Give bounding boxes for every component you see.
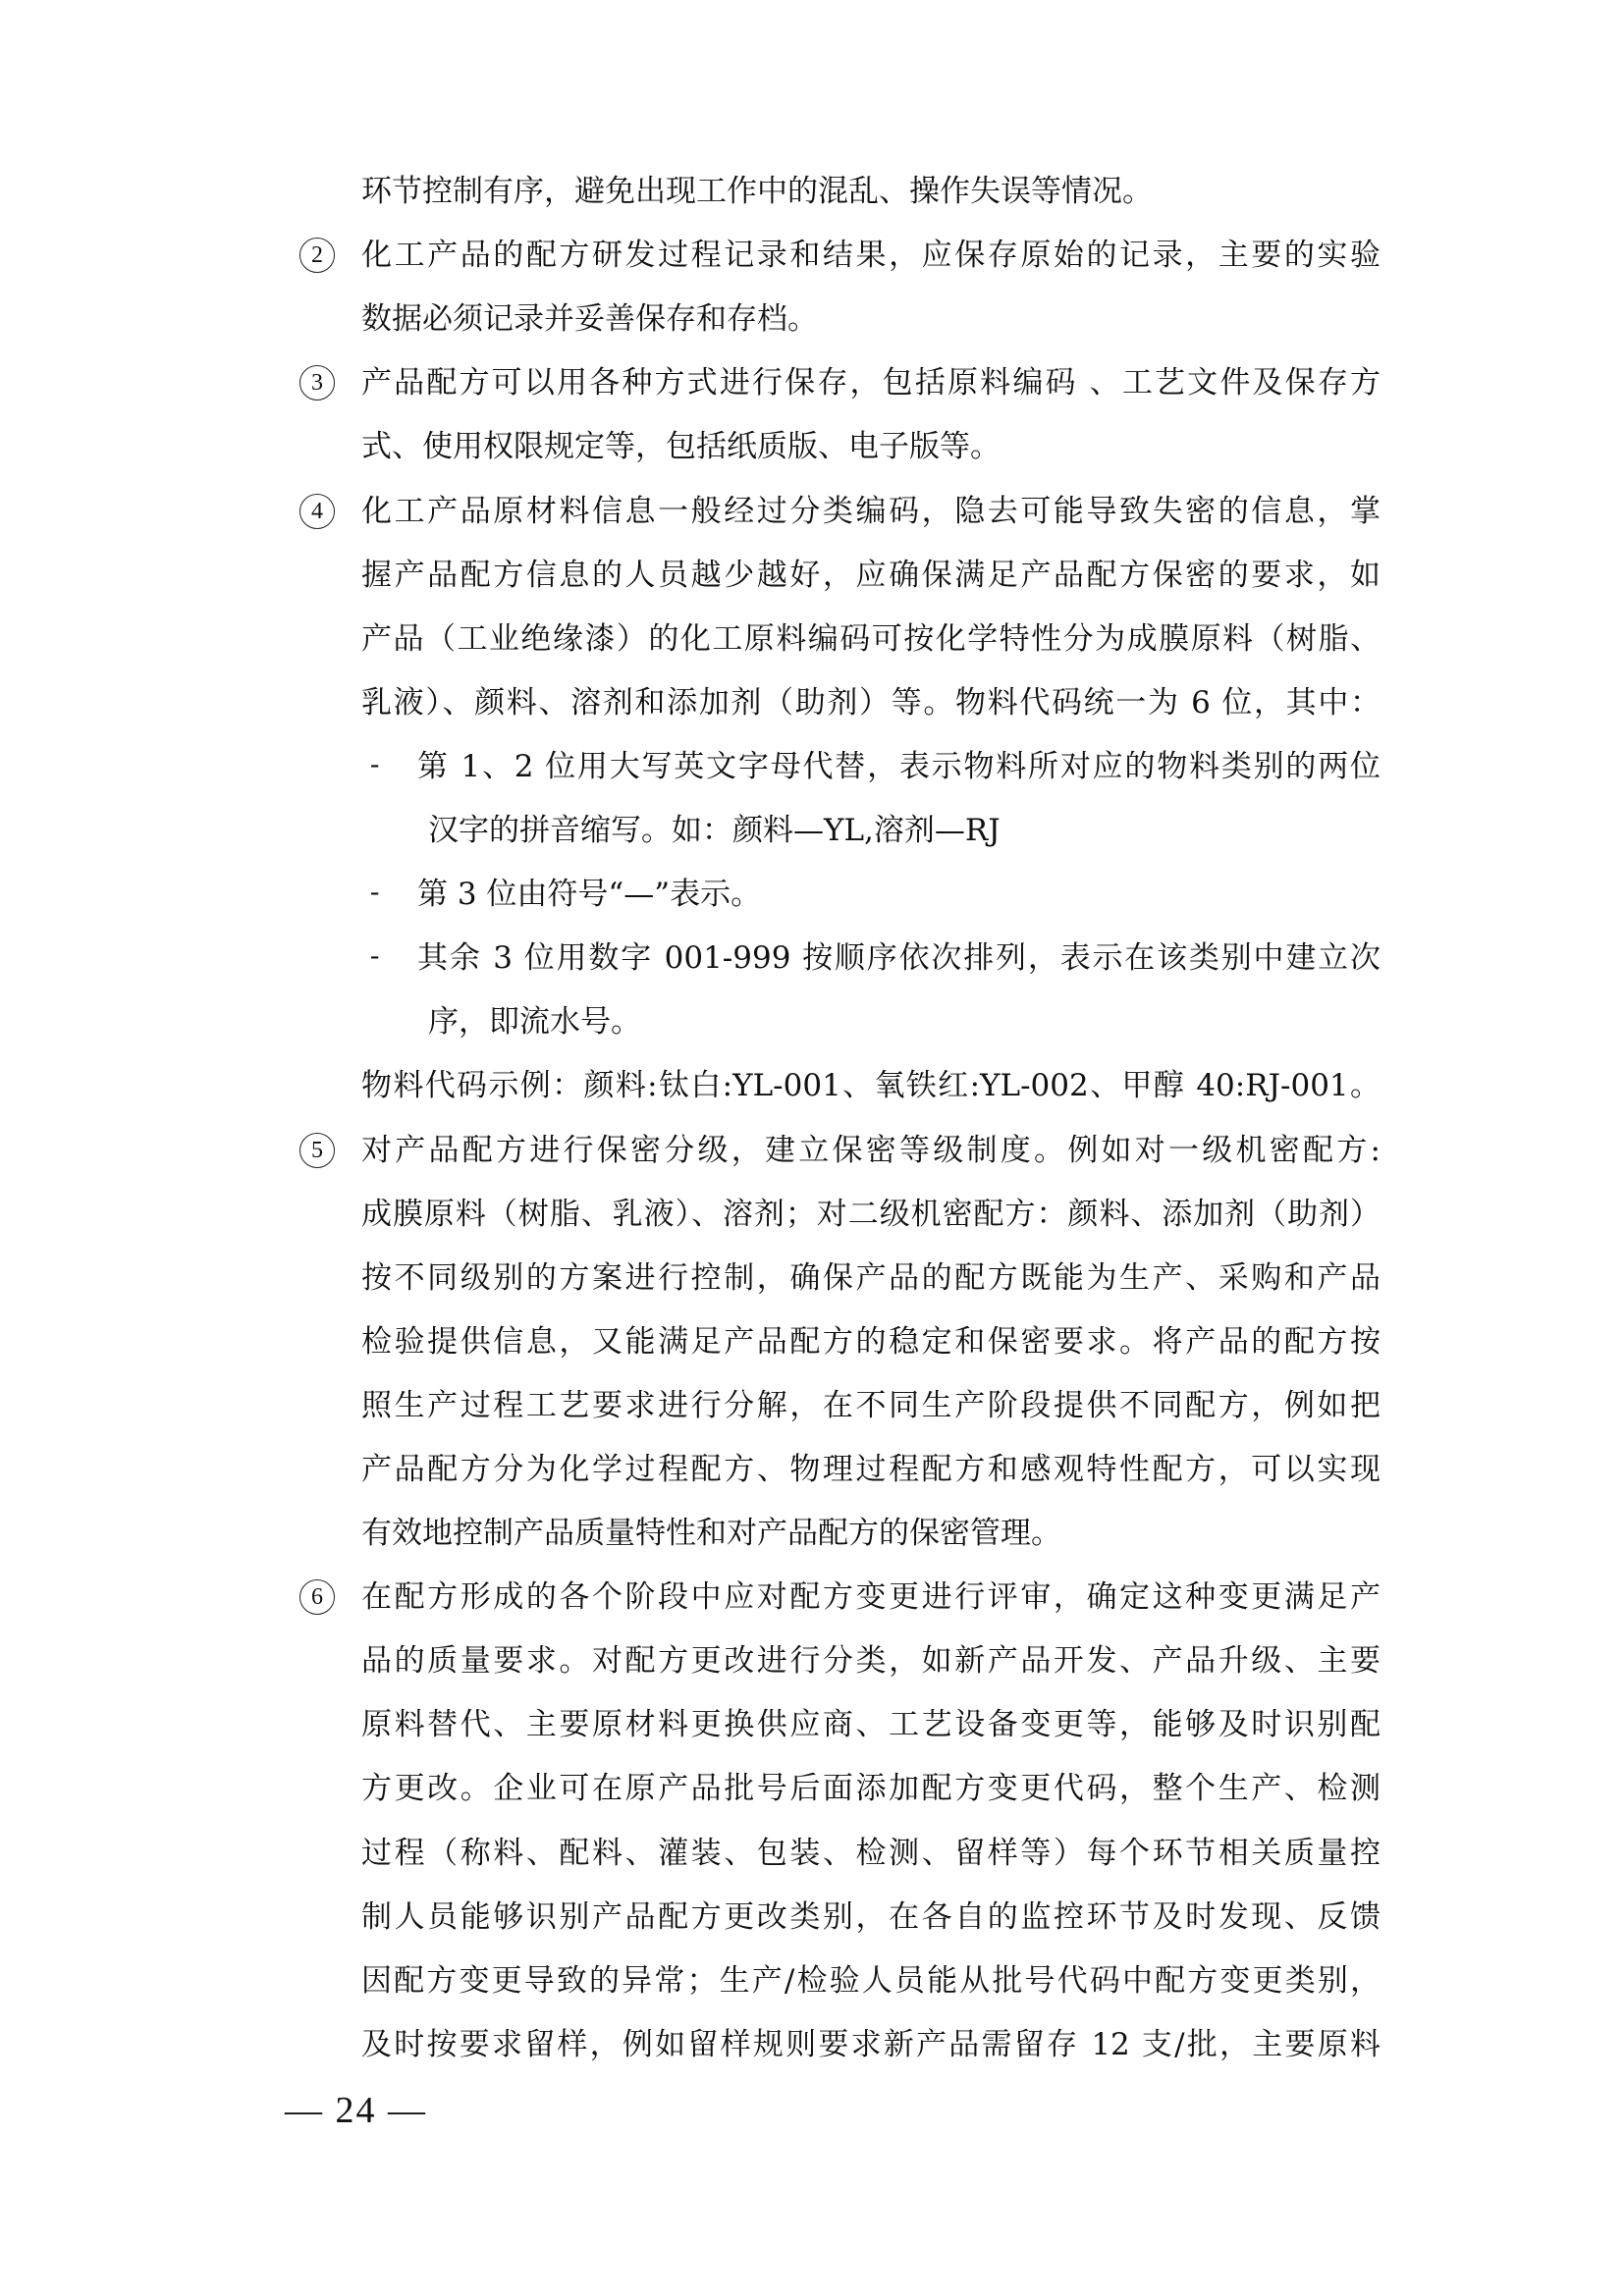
text-line: 乳液）、颜料、溶剂和添加剂（助剂）等。物料代码统一为 6 位，其中： (361, 681, 1380, 724)
text-line: 成膜原料（树脂、乳液）、溶剂；对二级机密配方：颜料、添加剂（助剂） (361, 1193, 1380, 1236)
text-line-content: 乳液）、颜料、溶剂和添加剂（助剂）等。物料代码统一为 6 位，其中： (361, 681, 1380, 724)
text-line: 因配方变更导致的异常；生产/检验人员能从批号代码中配方变更类别， (361, 1959, 1380, 2002)
text-line-content: 方更改。企业可在原产品批号后面添加配方变更代码，整个生产、检测 (361, 1767, 1380, 1810)
text-line-content: 汉字的拼音缩写。如：颜料—YL,溶剂—RJ (428, 809, 1380, 852)
text-line: 产品配方可以用各种方式进行保存，包括原料编码 、工艺文件及保存方 (361, 361, 1380, 404)
text-line: 汉字的拼音缩写。如：颜料—YL,溶剂—RJ (428, 809, 1380, 852)
text-line-content: 环节控制有序，避免出现工作中的混乱、操作失误等情况。 (361, 170, 1380, 213)
text-line: 方更改。企业可在原产品批号后面添加配方变更代码，整个生产、检测 (361, 1767, 1380, 1810)
text-line-content: 在配方形成的各个阶段中应对配方变更进行评审，确定这种变更满足产 (361, 1575, 1380, 1619)
text-line-content: 对产品配方进行保密分级，建立保密等级制度。例如对一级机密配方: (361, 1129, 1380, 1172)
text-line: 产品配方分为化学过程配方、物理过程配方和感观特性配方，可以实现 (361, 1448, 1380, 1491)
text-line-content: 产品配方分为化学过程配方、物理过程配方和感观特性配方，可以实现 (361, 1448, 1380, 1491)
text-line: 按不同级别的方案进行控制，确保产品的配方既能为生产、采购和产品 (361, 1256, 1380, 1300)
text-line-content: 有效地控制产品质量特性和对产品配方的保密管理。 (361, 1512, 1380, 1555)
text-line-content: 式、使用权限规定等，包括纸质版、电子版等。 (361, 425, 1380, 468)
text-line: 过程（称料、配料、灌装、包装、检测、留样等）每个环节相关质量控 (361, 1832, 1380, 1875)
text-line: 及时按要求留样，例如留样规则要求新产品需留存 12 支/批，主要原料 (361, 2023, 1380, 2066)
text-line: 第 3 位由符号“—”表示。 (417, 873, 1380, 916)
document-page: 环节控制有序，避免出现工作中的混乱、操作失误等情况。化工产品的配方研发过程记录和… (0, 0, 1624, 2296)
text-line-content: 原料替代、主要原材料更换供应商、工艺设备变更等，能够及时识别配 (361, 1703, 1380, 1746)
circled-number-marker: 2 (299, 238, 335, 273)
text-line-content: 握产品配方信息的人员越少越好，应确保满足产品配方保密的要求，如 (361, 554, 1380, 597)
text-line-content: 制人员能够识别产品配方更改类别，在各自的监控环节及时发现、反馈 (361, 1896, 1380, 1939)
bullet-dash-icon: - (370, 743, 379, 786)
text-line-content: 产品（工业绝缘漆）的化工原料编码可按化学特性分为成膜原料（树脂、 (361, 617, 1380, 661)
text-line-content: 物料代码示例：颜料:钛白:YL-001、氧铁红:YL-002、甲醇 40:RJ-… (361, 1064, 1380, 1107)
text-line: 序，即流水号。 (428, 1000, 1380, 1043)
text-line: 品的质量要求。对配方更改进行分类，如新产品开发、产品升级、主要 (361, 1639, 1380, 1682)
text-line-content: 第 3 位由符号“—”表示。 (417, 873, 1380, 916)
text-line: 环节控制有序，避免出现工作中的混乱、操作失误等情况。 (361, 170, 1380, 213)
text-line-content: 按不同级别的方案进行控制，确保产品的配方既能为生产、采购和产品 (361, 1256, 1380, 1300)
text-line: 在配方形成的各个阶段中应对配方变更进行评审，确定这种变更满足产 (361, 1575, 1380, 1619)
text-line-content: 数据必须记录并妥善保存和存档。 (361, 297, 1380, 341)
text-line-content: 化工产品的配方研发过程记录和结果，应保存原始的记录，主要的实验 (361, 234, 1380, 277)
text-line: 化工产品原材料信息一般经过分类编码，隐去可能导致失密的信息，掌 (361, 490, 1380, 533)
text-line: 检验提供信息，又能满足产品配方的稳定和保密要求。将产品的配方按 (361, 1320, 1380, 1363)
text-line: 化工产品的配方研发过程记录和结果，应保存原始的记录，主要的实验 (361, 234, 1380, 277)
circled-number-marker: 3 (299, 365, 335, 400)
text-line: 原料替代、主要原材料更换供应商、工艺设备变更等，能够及时识别配 (361, 1703, 1380, 1746)
text-line-content: 第 1、2 位用大写英文字母代替，表示物料所对应的物料类别的两位 (417, 745, 1380, 788)
text-line: 照生产过程工艺要求进行分解，在不同生产阶段提供不同配方，例如把 (361, 1384, 1380, 1427)
text-line-content: 检验提供信息，又能满足产品配方的稳定和保密要求。将产品的配方按 (361, 1320, 1380, 1363)
circled-number-marker: 4 (299, 494, 335, 529)
circled-number-marker: 5 (299, 1133, 335, 1168)
text-line: 物料代码示例：颜料:钛白:YL-001、氧铁红:YL-002、甲醇 40:RJ-… (361, 1064, 1380, 1107)
text-line-content: 序，即流水号。 (428, 1000, 1380, 1043)
text-line-content: 其余 3 位用数字 001-999 按顺序依次排列，表示在该类别中建立次 (417, 936, 1380, 980)
text-line: 式、使用权限规定等，包括纸质版、电子版等。 (361, 425, 1380, 468)
text-line: 数据必须记录并妥善保存和存档。 (361, 297, 1380, 341)
text-line: 第 1、2 位用大写英文字母代替，表示物料所对应的物料类别的两位 (417, 745, 1380, 788)
text-line: 对产品配方进行保密分级，建立保密等级制度。例如对一级机密配方: (361, 1129, 1380, 1172)
text-line: 其余 3 位用数字 001-999 按顺序依次排列，表示在该类别中建立次 (417, 936, 1380, 980)
text-line-content: 成膜原料（树脂、乳液）、溶剂；对二级机密配方：颜料、添加剂（助剂） (361, 1193, 1380, 1236)
text-line-content: 过程（称料、配料、灌装、包装、检测、留样等）每个环节相关质量控 (361, 1832, 1380, 1875)
text-line-content: 照生产过程工艺要求进行分解，在不同生产阶段提供不同配方，例如把 (361, 1384, 1380, 1427)
page-number: — 24 — (285, 2087, 427, 2134)
text-line: 制人员能够识别产品配方更改类别，在各自的监控环节及时发现、反馈 (361, 1896, 1380, 1939)
text-line-content: 化工产品原材料信息一般经过分类编码，隐去可能导致失密的信息，掌 (361, 490, 1380, 533)
circled-number-marker: 6 (299, 1579, 335, 1615)
bullet-dash-icon: - (370, 871, 379, 914)
text-line-content: 及时按要求留样，例如留样规则要求新产品需留存 12 支/批，主要原料 (361, 2023, 1380, 2066)
bullet-dash-icon: - (370, 934, 379, 978)
text-line: 握产品配方信息的人员越少越好，应确保满足产品配方保密的要求，如 (361, 554, 1380, 597)
text-line: 产品（工业绝缘漆）的化工原料编码可按化学特性分为成膜原料（树脂、 (361, 617, 1380, 661)
text-line-content: 产品配方可以用各种方式进行保存，包括原料编码 、工艺文件及保存方 (361, 361, 1380, 404)
text-line: 有效地控制产品质量特性和对产品配方的保密管理。 (361, 1512, 1380, 1555)
text-line-content: 品的质量要求。对配方更改进行分类，如新产品开发、产品升级、主要 (361, 1639, 1380, 1682)
text-line-content: 因配方变更导致的异常；生产/检验人员能从批号代码中配方变更类别， (361, 1959, 1380, 2002)
